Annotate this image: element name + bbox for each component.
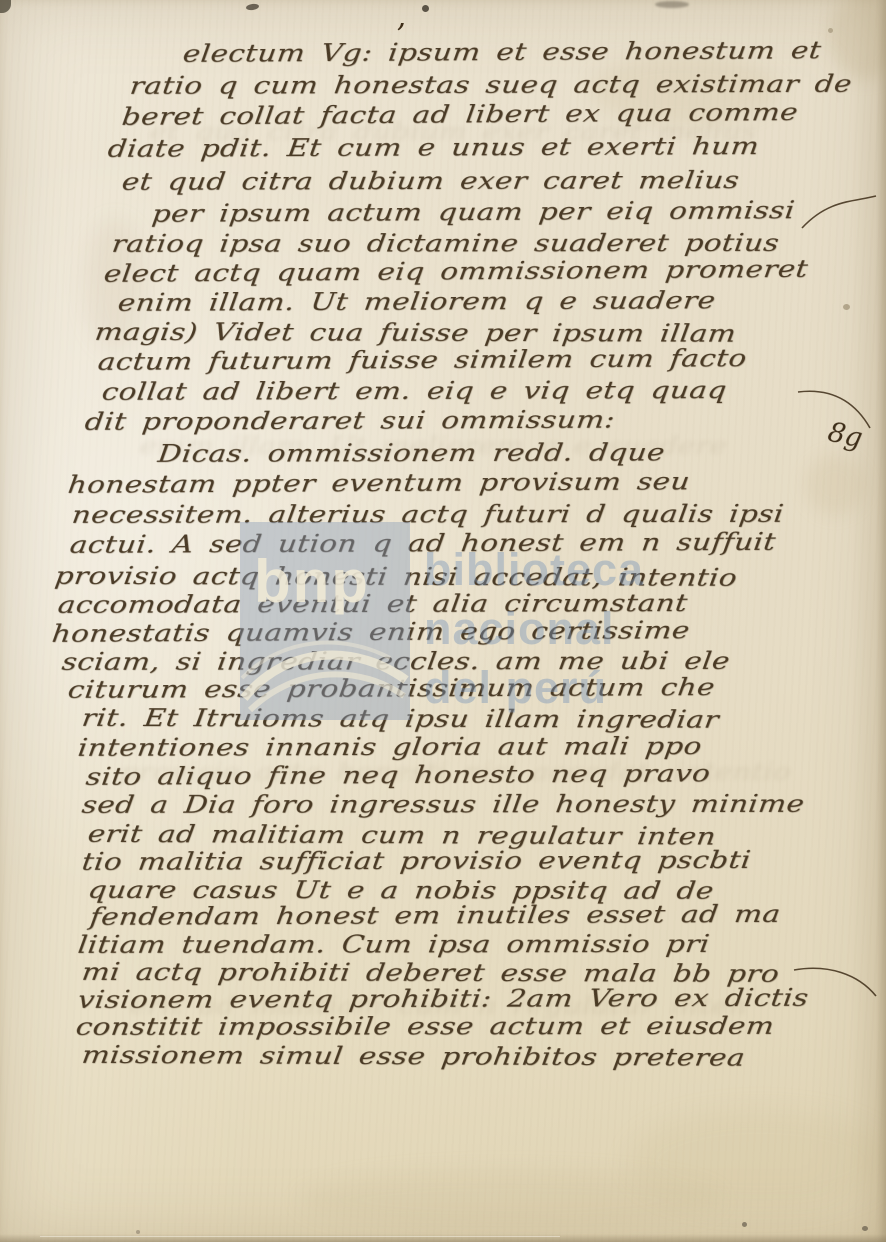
manuscript-line: intentiones innanis gloria aut mali ppo: [76, 732, 703, 762]
paper-speck: [422, 5, 429, 12]
manuscript-line: enim illam. Ut meliorem q e suadere: [116, 286, 717, 317]
manuscript-line: elect actq quam eiq ommissionem promeret: [102, 255, 809, 288]
manuscript-line: sito aliquo fine neq honesto neq pravo: [84, 759, 712, 791]
manuscript-line: honestatis quamvis enim ego certissime: [50, 616, 691, 648]
paper-corner-nick: [0, 0, 11, 13]
paper-speck: [862, 1226, 868, 1231]
manuscript-line: necessitem. alterius actq futuri d quali…: [70, 500, 785, 529]
manuscript-line: accomodata eventui et alia circumstant: [56, 589, 689, 619]
paper-stain: [300, 1170, 720, 1230]
page-edge-highlight: [40, 1236, 560, 1237]
manuscript-line: rit. Et Itruioms atq ipsu illam ingredia…: [80, 704, 721, 734]
manuscript-line: per ipsum actum quam per eiq ommissi: [150, 196, 796, 228]
manuscript-line: constitit impossibile esse actum et eius…: [74, 1012, 776, 1041]
manuscript-line: diate pdit. Et cum e unus et exerti hum: [106, 132, 761, 163]
manuscript-line: Dicas. ommissionem redd. dque: [156, 439, 666, 468]
manuscript-line: actum futurum fuisse similem cum facto: [96, 344, 748, 376]
manuscript-line: honestam ppter eventum provisum seu: [66, 467, 691, 499]
paper-speck: [742, 1222, 747, 1227]
ink-flourish: [800, 192, 880, 234]
ink-flourish: [792, 962, 880, 1002]
paper-speck: [843, 304, 850, 310]
manuscript-line: ratioq ipsa suo dictamine suaderet potiu…: [110, 229, 781, 258]
manuscript-line: visionem eventq prohibiti: 2am Vero ex d…: [76, 984, 810, 1014]
manuscript-line: et qud citra dubium exer caret melius: [120, 166, 741, 196]
manuscript-line: beret collat facta ad libert ex qua comm…: [120, 98, 799, 131]
manuscript-line: sed a Dia foro ingressus ille honesty mi…: [80, 790, 806, 819]
manuscript-line: provisio actq honesti nisi accedat, inte…: [53, 562, 739, 592]
paper-speck: [828, 28, 833, 33]
manuscript-line: dit proponderaret sui ommissum:: [83, 406, 616, 436]
paper-stain: [805, 455, 865, 515]
manuscript-line: citurum esse probantissimum actum che: [66, 673, 716, 704]
ink-flourish: [796, 386, 876, 432]
manuscript-line: sciam, si ingrediar eccles. am me ubi el…: [60, 647, 732, 676]
manuscript-line: electum Vg: ipsum et esse honestum et: [181, 36, 823, 68]
manuscript-line: fendendam honest em inutiles esset ad ma: [88, 900, 782, 931]
manuscript-line: litiam tuendam. Cum ipsa ommissio pri: [76, 930, 711, 959]
manuscript-page: et qud citra dubium exer caret melius en…: [0, 0, 886, 1242]
page-edge-shadow-right: [876, 0, 886, 1242]
paper-speck: [246, 3, 260, 11]
paper-speck: [655, 1, 689, 8]
manuscript-line: actui. A sed ution q ad honest em n suff…: [68, 528, 777, 559]
manuscript-line: magis) Videt cua fuisse per ipsum illam: [93, 318, 738, 348]
manuscript-line: missionem simul esse prohibitos preterea: [80, 1041, 747, 1072]
superscript-ink-mark: ’: [396, 18, 406, 53]
manuscript-line: ratio q cum honestas sueq actq existimar…: [128, 70, 853, 100]
manuscript-line: collat ad libert em. eiq e viq etq quaq: [100, 376, 728, 406]
manuscript-line: tio malitia sufficiat provisio eventq ps…: [80, 846, 752, 876]
